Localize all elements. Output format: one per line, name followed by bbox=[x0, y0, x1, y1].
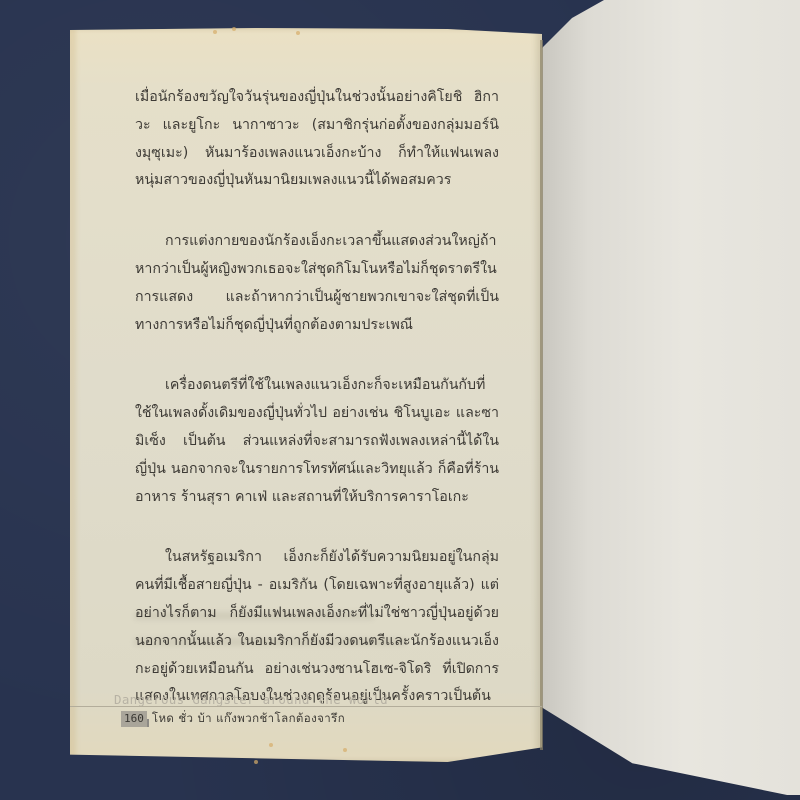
foxing-spot bbox=[296, 31, 300, 35]
paragraph-3: เครื่องดนตรีที่ใช้ในเพลงแนวเอ็งกะก็จะเหม… bbox=[135, 372, 499, 511]
paragraph-1: เมื่อนักร้องขวัญใจวันรุ่นของญี่ปุ่นในช่ว… bbox=[135, 84, 499, 195]
footer-divider bbox=[70, 706, 542, 707]
page-body-text: เมื่อนักร้องขวัญใจวันรุ่นของญี่ปุ่นในช่ว… bbox=[135, 84, 499, 772]
foxing-spot bbox=[213, 30, 217, 34]
right-page-blank bbox=[542, 0, 800, 795]
book-gutter bbox=[540, 40, 543, 750]
paragraph-2: การแต่งกายของนักร้องเอ็งกะเวลาขึ้นแสดงส่… bbox=[135, 228, 499, 339]
footer-book-title-english: Dangerous Gangster around the World bbox=[114, 692, 388, 707]
footer-running-head: 160 โหด ชั่ว บ้า แก๊งพวกช้าโลกต้องจารึก bbox=[121, 710, 345, 728]
running-head-thai-title: โหด ชั่ว บ้า แก๊งพวกช้าโลกต้องจารึก bbox=[152, 710, 345, 728]
book-photo: เมื่อนักร้องขวัญใจวันรุ่นของญี่ปุ่นในช่ว… bbox=[0, 0, 800, 800]
page-number: 160 bbox=[121, 711, 147, 727]
paragraph-4-text: ในสหรัฐอเมริกา เอ็งกะก็ยังได้รับความนิยม… bbox=[135, 549, 499, 704]
foxing-spot bbox=[232, 27, 236, 31]
